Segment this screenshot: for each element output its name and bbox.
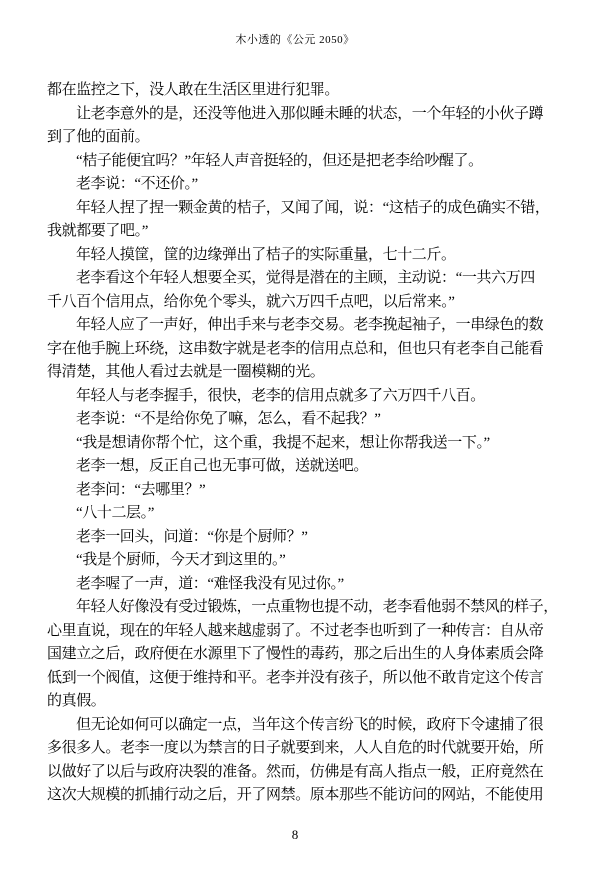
text-line: 都在监控之下，没人敢在生活区里进行犯罪。 [47, 79, 547, 103]
text-line: 老李一回头，问道：“你是个厨师？” [47, 526, 547, 550]
text-line: 但无论如何可以确定一点，当年这个传言纷飞的时候，政府下令逮捕了很 [47, 714, 547, 738]
text-line: 国建立之后，政府便在水源里下了慢性的毒药，那之后出生的人身体素质会降 [47, 643, 547, 667]
text-line: 得清楚，其他人看过去就是一圈模糊的光。 [47, 361, 547, 385]
text-line: “我是个厨师，今天才到这里的。” [47, 549, 547, 573]
text-line: 老李一想，反正自己也无事可做，送就送吧。 [47, 455, 547, 479]
text-line: 这次大规模的抓捕行动之后，开了网禁。原本那些不能访问的网站，不能使用 [47, 784, 547, 808]
text-line: 字在他手腕上环绕，这串数字就是老李的信用点总和，但也只有老李自己能看 [47, 338, 547, 362]
page-number: 8 [0, 827, 590, 843]
text-line: 心里直说，现在的年轻人越来越虚弱了。不过老李也听到了一种传言：自从帝 [47, 620, 547, 644]
text-line: 到了他的面前。 [47, 126, 547, 150]
text-line: 年轻人与老李握手，很快，老李的信用点就多了六万四千八百。 [47, 385, 547, 409]
text-line: 年轻人好像没有受过锻炼，一点重物也提不动，老李看他弱不禁风的样子， [47, 596, 547, 620]
document-page: 木小透的《公元 2050》 都在监控之下，没人敢在生活区里进行犯罪。让老李意外的… [0, 0, 590, 886]
text-line: 我就都要了吧。” [47, 220, 547, 244]
text-line: 多很多人。老李一度以为禁言的日子就要到来，人人自危的时代就要开始，所 [47, 737, 547, 761]
text-line: 年轻人应了一声好，伸出手来与老李交易。老李挽起袖子，一串绿色的数 [47, 314, 547, 338]
text-line: 千八百个信用点，给你免个零头，就六万四千点吧，以后常来。” [47, 291, 547, 315]
text-line: 老李说：“不是给你免了嘛，怎么，看不起我？” [47, 408, 547, 432]
text-line: 年轻人摸筐，筐的边缘弹出了桔子的实际重量，七十二斤。 [47, 244, 547, 268]
text-line: “桔子能便宜吗？”年轻人声音挺轻的，但还是把老李给吵醒了。 [47, 150, 547, 174]
text-line: “八十二层。” [47, 502, 547, 526]
text-line: 的真假。 [47, 690, 547, 714]
body-text: 都在监控之下，没人敢在生活区里进行犯罪。让老李意外的是，还没等他进入那似睡未睡的… [47, 79, 547, 808]
text-line: 老李看这个年轻人想要全买，觉得是潜在的主顾，主动说：“一共六万四 [47, 267, 547, 291]
text-line: 老李说：“不还价。” [47, 173, 547, 197]
text-line: 老李喔了一声，道：“难怪我没有见过你。” [47, 573, 547, 597]
page-header-title: 木小透的《公元 2050》 [0, 33, 590, 47]
text-line: 以做好了以后与政府决裂的准备。然而，仿佛是有高人指点一般，正府竟然在 [47, 761, 547, 785]
text-line: “我是想请你帮个忙，这个重，我提不起来，想让你帮我送一下。” [47, 432, 547, 456]
text-line: 低到一个阀值，这便于维持和平。老李并没有孩子，所以他不敢肯定这个传言 [47, 667, 547, 691]
text-line: 年轻人捏了捏一颗金黄的桔子，又闻了闻，说：“这桔子的成色确实不错， [47, 197, 547, 221]
text-line: 让老李意外的是，还没等他进入那似睡未睡的状态，一个年轻的小伙子蹲 [47, 103, 547, 127]
text-line: 老李问：“去哪里？” [47, 479, 547, 503]
